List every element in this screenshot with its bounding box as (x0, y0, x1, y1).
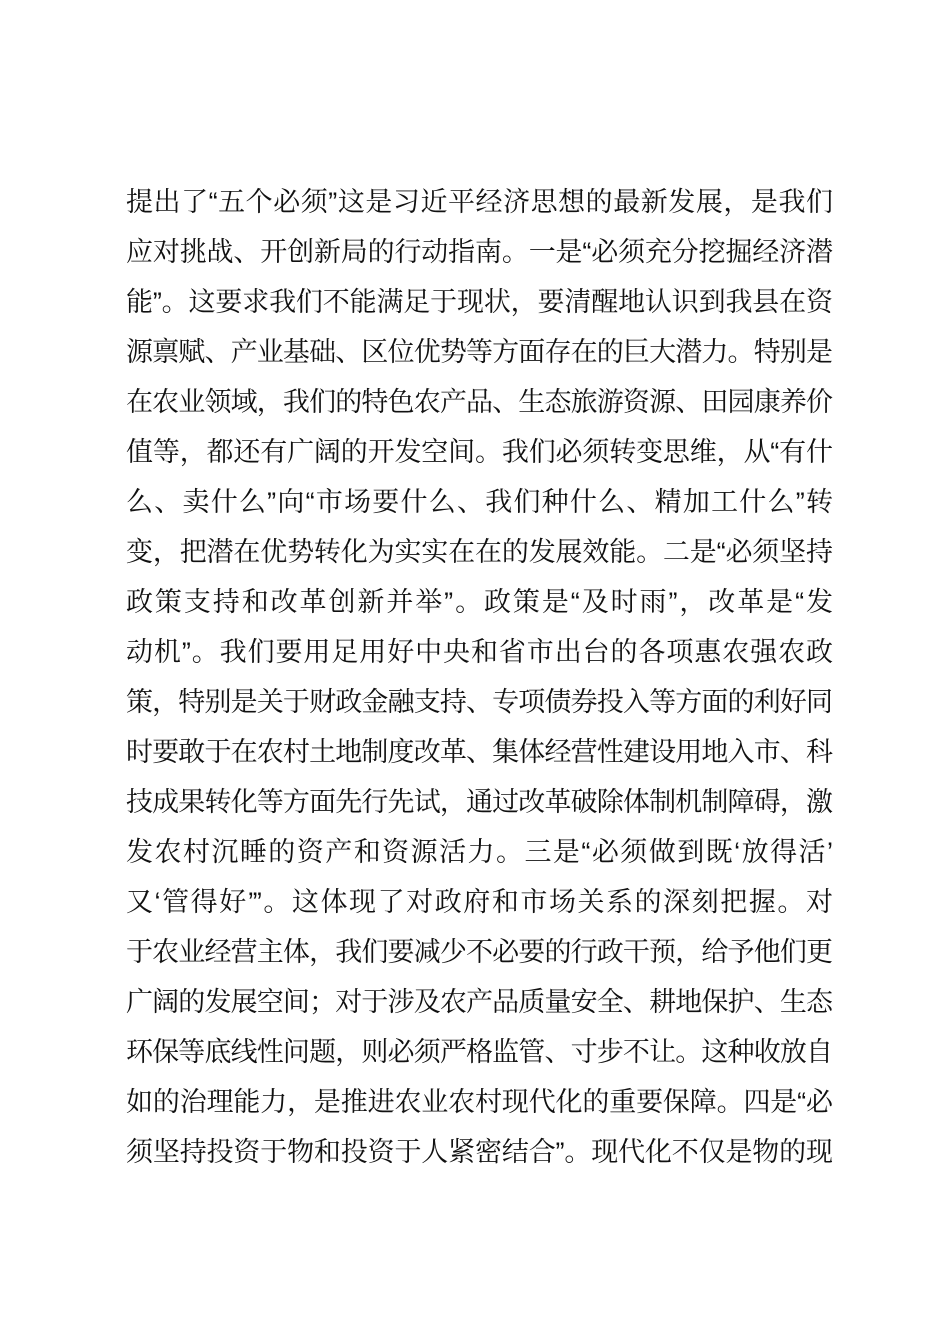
text-line: 动机”。我们要用足用好中央和省市出台的各项惠农强农政 (126, 627, 832, 677)
text-line: 环保等底线性问题，则必须严格监管、寸步不让。这种收放自 (126, 1027, 832, 1077)
text-line: 策，特别是关于财政金融支持、专项债券投入等方面的利好同 (126, 677, 832, 727)
text-line: 提出了“五个必须”这是习近平经济思想的最新发展，是我们 (126, 177, 832, 227)
text-line: 应对挑战、开创新局的行动指南。一是“必须充分挖掘经济潜 (126, 227, 832, 277)
text-line: 于农业经营主体，我们要减少不必要的行政干预，给予他们更 (126, 927, 832, 977)
text-line: 政策支持和改革创新并举”。政策是“及时雨”，改革是“发 (126, 577, 832, 627)
text-line: 时要敢于在农村土地制度改革、集体经营性建设用地入市、科 (126, 727, 832, 777)
document-page: 提出了“五个必须”这是习近平经济思想的最新发展，是我们应对挑战、开创新局的行动指… (0, 0, 950, 1344)
text-line: 须坚持投资于物和投资于人紧密结合”。现代化不仅是物的现 (126, 1127, 832, 1177)
text-line: 技成果转化等方面先行先试，通过改革破除体制机制障碍，激 (126, 777, 832, 827)
text-line: 发农村沉睡的资产和资源活力。三是“必须做到既‘放得活’ (126, 827, 832, 877)
text-line: 又‘管得好’”。这体现了对政府和市场关系的深刻把握。对 (126, 877, 832, 927)
text-line: 源禀赋、产业基础、区位优势等方面存在的巨大潜力。特别是 (126, 327, 832, 377)
body-paragraph: 提出了“五个必须”这是习近平经济思想的最新发展，是我们应对挑战、开创新局的行动指… (126, 177, 832, 1177)
text-line: 值等，都还有广阔的开发空间。我们必须转变思维，从“有什 (126, 427, 832, 477)
text-line: 能”。这要求我们不能满足于现状，要清醒地认识到我县在资 (126, 277, 832, 327)
text-line: 广阔的发展空间；对于涉及农产品质量安全、耕地保护、生态 (126, 977, 832, 1027)
text-line: 如的治理能力，是推进农业农村现代化的重要保障。四是“必 (126, 1077, 832, 1127)
text-line: 变，把潜在优势转化为实实在在的发展效能。二是“必须坚持 (126, 527, 832, 577)
text-line: 么、卖什么”向“市场要什么、我们种什么、精加工什么”转 (126, 477, 832, 527)
text-line: 在农业领域，我们的特色农产品、生态旅游资源、田园康养价 (126, 377, 832, 427)
